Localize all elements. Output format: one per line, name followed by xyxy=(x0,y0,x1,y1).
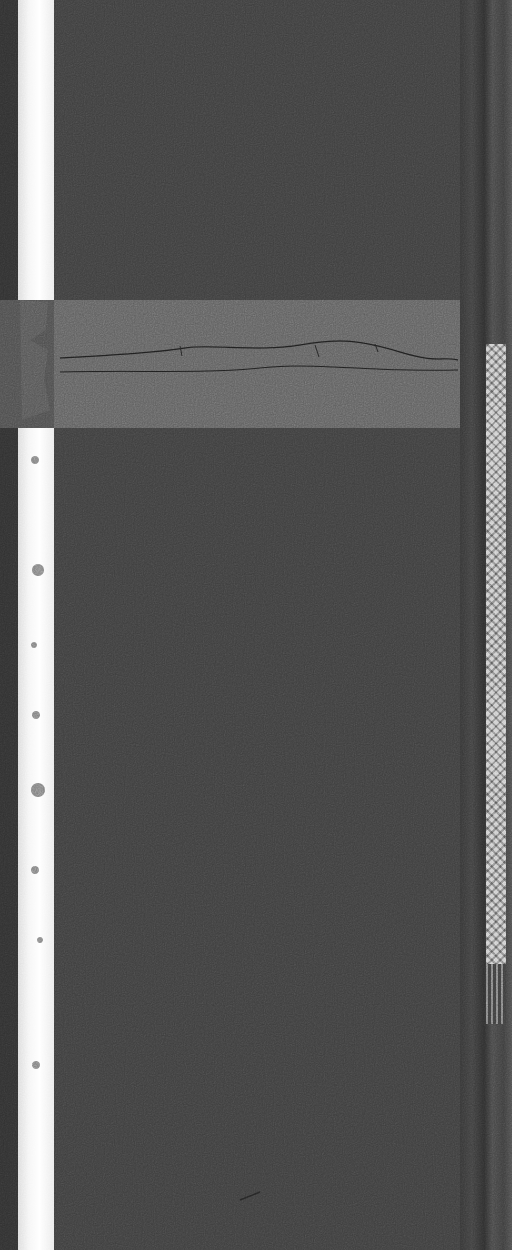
pavement-scene xyxy=(0,0,512,1250)
texture-noise xyxy=(0,0,512,1250)
